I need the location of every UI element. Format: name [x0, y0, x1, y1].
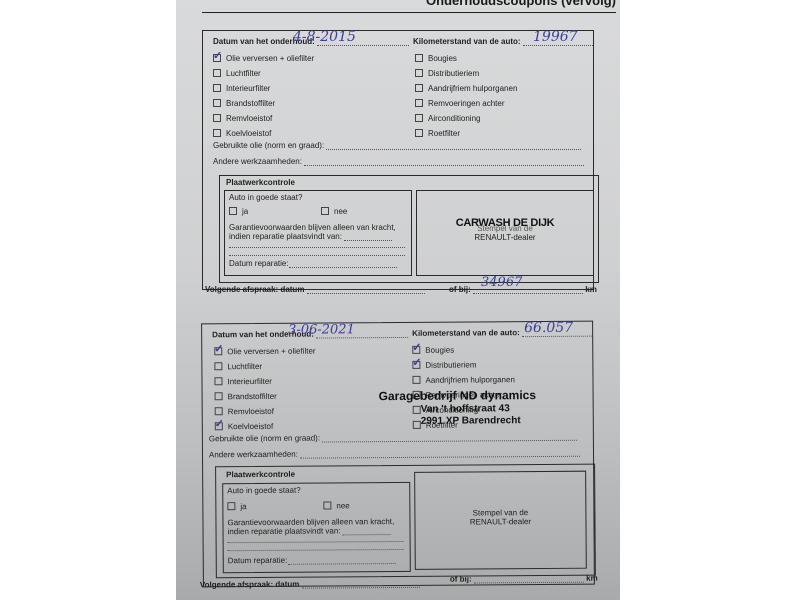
dealer-stamp-box: CARWASH DE DIJK Stempel van de RENAULT-d…	[416, 190, 594, 276]
or-at-label: of bij:	[450, 574, 472, 583]
service-item-label: Remvloeistof	[228, 407, 274, 416]
km-unit: km	[586, 574, 598, 583]
dotted-line	[229, 241, 405, 248]
yes-label: ja	[242, 207, 248, 216]
service-item-label: Aandrijfriem hulporganen	[425, 375, 514, 385]
or-at-label: of bij:	[449, 285, 471, 294]
no-label: nee	[336, 501, 349, 510]
checkbox-icon	[214, 362, 222, 370]
checkbox-icon	[413, 421, 421, 429]
check-mark-icon: ✓	[412, 356, 421, 371]
condition-yes-checkbox[interactable]: ja	[227, 502, 246, 511]
checkbox-icon	[213, 114, 221, 122]
mileage-value: 66.057	[524, 320, 573, 336]
condition-no-checkbox[interactable]: nee	[321, 207, 347, 216]
service-checklist-left: ✓Olie verversen + oliefilterLuchtfilterI…	[213, 51, 314, 141]
oil-used-field[interactable]: Gebruikte olie (norm en graad):	[209, 432, 577, 444]
service-date-value: 3-06-2021	[288, 322, 355, 337]
service-item-checkbox[interactable]: ✓Koelvloeistof	[215, 419, 316, 435]
checked-checkbox-icon: ✓	[412, 361, 420, 369]
checkbox-icon	[415, 54, 423, 62]
garage-stamp-street: Van 't hoffstraat 43	[421, 403, 510, 415]
service-item-checkbox[interactable]: Remvloeistof	[213, 111, 314, 126]
next-appointment-label: Volgende afspraak: datum	[200, 580, 299, 590]
other-work-label: Andere werkzaamheden:	[213, 157, 302, 166]
page-title: Onderhoudscoupons (vervolg)	[426, 0, 616, 8]
service-item-label: Brandstoffilter	[226, 99, 275, 108]
service-coupon-2: Datum van het onderhoud: 3-06-2021 Kilom…	[201, 321, 595, 588]
checkbox-icon	[413, 406, 421, 414]
yes-label: ja	[240, 502, 246, 511]
repair-location-label: indien reparatie plaatsvindt van:	[229, 232, 342, 241]
checked-checkbox-icon: ✓	[213, 54, 221, 62]
repair-date-field[interactable]: Datum reparatie:	[228, 555, 396, 565]
service-item-label: Luchtfilter	[226, 69, 261, 78]
service-item-checkbox[interactable]: Bougies	[415, 51, 517, 66]
bodywork-check-title: Plaatwerkcontrole	[226, 470, 295, 479]
service-item-checkbox[interactable]: Koelvloeistof	[213, 126, 314, 141]
checkbox-icon	[227, 502, 235, 510]
checkbox-icon	[415, 84, 423, 92]
oil-used-field[interactable]: Gebruikte olie (norm en graad):	[213, 141, 581, 150]
dotted-line	[228, 543, 404, 551]
checkbox-icon	[412, 376, 420, 384]
repair-date-label: Datum reparatie:	[228, 556, 288, 565]
checkbox-icon	[415, 114, 423, 122]
check-mark-icon: ✓	[213, 49, 222, 64]
condition-no-checkbox[interactable]: nee	[323, 501, 349, 510]
repair-location-field[interactable]: indien reparatie plaatsvindt van:	[229, 232, 392, 241]
next-appointment-km-field[interactable]: of bij: km	[449, 285, 597, 294]
check-mark-icon: ✓	[214, 342, 223, 357]
next-appointment-date-field[interactable]: Volgende afspraak: datum	[200, 579, 420, 590]
service-date-value: 4-8-2015	[293, 29, 356, 45]
next-km-value: 34967	[481, 275, 522, 290]
bodywork-check-form: Auto in goede staat? ja nee Garantievoor…	[224, 190, 412, 276]
checkbox-icon	[415, 129, 423, 137]
service-checklist-right: BougiesDistributieriemAandrijfriem hulpo…	[415, 51, 517, 141]
service-item-checkbox[interactable]: Roetfilter	[415, 126, 517, 141]
service-item-label: Distributieriem	[428, 69, 479, 78]
dotted-line	[228, 535, 404, 543]
service-item-checkbox[interactable]: Luchtfilter	[213, 66, 314, 81]
next-appointment-km-field[interactable]: of bij: km	[450, 574, 598, 584]
service-item-checkbox[interactable]: Remvoeringen achter	[415, 96, 517, 111]
service-item-label: Olie verversen + oliefilter	[227, 347, 315, 357]
km-unit: km	[585, 285, 597, 294]
checkbox-icon	[323, 501, 331, 509]
other-work-field[interactable]: Andere werkzaamheden:	[213, 157, 584, 166]
service-coupon-1: Datum van het onderhoud: 4-8-2015 Kilome…	[202, 30, 594, 290]
service-item-label: Interieurfilter	[226, 84, 270, 93]
service-item-label: Aandrijfriem hulporganen	[428, 84, 517, 93]
bodywork-check-form: Auto in goede staat? ja nee Garantievoor…	[222, 482, 411, 573]
checkbox-icon	[215, 392, 223, 400]
service-item-checkbox[interactable]: ✓Bougies	[412, 342, 514, 358]
repair-date-label: Datum reparatie:	[229, 259, 289, 268]
title-divider	[202, 12, 616, 13]
stamp-label-1: Stempel van de	[417, 224, 593, 233]
service-checklist-left: ✓Olie verversen + oliefilterLuchtfilterI…	[214, 344, 316, 435]
checked-checkbox-icon: ✓	[214, 347, 222, 355]
service-item-label: Interieurfilter	[227, 377, 272, 386]
warranty-text: Garantievoorwaarden blijven alleen van k…	[229, 223, 396, 232]
garage-stamp-city: 2991 XP Barendrecht	[421, 415, 521, 427]
service-item-label: Remvoeringen achter	[428, 99, 504, 108]
service-item-label: Koelvloeistof	[226, 129, 271, 138]
condition-yes-checkbox[interactable]: ja	[229, 207, 248, 216]
service-item-checkbox[interactable]: Luchtfilter	[214, 359, 315, 375]
service-item-label: Roetfilter	[428, 129, 460, 138]
service-item-label: Distributieriem	[425, 360, 476, 369]
service-item-label: Luchtfilter	[227, 362, 262, 371]
service-item-label: Koelvloeistof	[228, 422, 273, 431]
service-item-checkbox[interactable]: Interieurfilter	[214, 374, 315, 390]
mileage-label: Kilometerstand van de auto:	[412, 328, 520, 338]
mileage-label: Kilometerstand van de auto:	[413, 37, 521, 46]
checked-checkbox-icon: ✓	[215, 422, 223, 430]
checkbox-icon	[415, 69, 423, 77]
dealer-stamp-box: Stempel van de RENAULT-dealer	[414, 471, 587, 570]
checkbox-icon	[213, 99, 221, 107]
checkbox-icon	[213, 129, 221, 137]
other-work-label: Andere werkzaamheden:	[209, 450, 298, 460]
checkbox-icon	[213, 69, 221, 77]
service-item-label: Brandstoffilter	[228, 392, 277, 401]
bodywork-check-section: Plaatwerkcontrole Auto in goede staat? j…	[219, 175, 599, 283]
check-mark-icon: ✓	[412, 341, 421, 356]
service-booklet-page: Onderhoudscoupons (vervolg) Datum van he…	[176, 0, 620, 600]
other-work-field[interactable]: Andere werkzaamheden:	[209, 448, 580, 460]
bodywork-check-section: Plaatwerkcontrole Auto in goede staat? j…	[215, 464, 596, 579]
service-item-label: Airconditioning	[428, 114, 480, 123]
checkbox-icon	[229, 207, 237, 215]
service-item-checkbox[interactable]: Brandstoffilter	[215, 389, 316, 405]
dotted-line	[229, 249, 405, 256]
service-item-label: Bougies	[428, 54, 457, 63]
service-item-checkbox[interactable]: Distributieriem	[415, 66, 517, 81]
service-item-checkbox[interactable]: ✓Distributieriem	[412, 357, 514, 373]
oil-used-label: Gebruikte olie (norm en graad):	[213, 141, 324, 150]
checkbox-icon	[215, 407, 223, 415]
condition-question: Auto in goede staat?	[227, 486, 300, 496]
checkbox-icon	[415, 99, 423, 107]
next-appointment-label: Volgende afspraak: datum	[205, 285, 304, 294]
bodywork-check-title: Plaatwerkcontrole	[226, 178, 295, 187]
service-item-checkbox[interactable]: Aandrijfriem hulporganen	[415, 81, 517, 96]
service-item-checkbox[interactable]: Aandrijfriem hulporganen	[412, 372, 514, 388]
oil-used-label: Gebruikte olie (norm en graad):	[209, 434, 320, 444]
mileage-value: 19967	[533, 29, 578, 45]
service-item-checkbox[interactable]: Airconditioning	[415, 111, 517, 126]
service-item-checkbox[interactable]: Interieurfilter	[213, 81, 314, 96]
checkbox-icon	[321, 207, 329, 215]
stamp-label-2: RENAULT-dealer	[417, 233, 593, 242]
service-item-label: Remvloeistof	[226, 114, 272, 123]
service-item-checkbox[interactable]: ✓Olie verversen + oliefilter	[213, 51, 314, 66]
checked-checkbox-icon: ✓	[412, 346, 420, 354]
service-item-checkbox[interactable]: Remvloeistof	[215, 404, 316, 420]
next-appointment-date-field[interactable]: Volgende afspraak: datum	[205, 285, 425, 294]
service-item-label: Bougies	[425, 346, 454, 355]
checkbox-icon	[213, 84, 221, 92]
service-item-checkbox[interactable]: Brandstoffilter	[213, 96, 314, 111]
condition-question: Auto in goede staat?	[229, 193, 302, 202]
checkbox-icon	[214, 377, 222, 385]
repair-date-field[interactable]: Datum reparatie:	[229, 259, 397, 268]
service-item-label: Olie verversen + oliefilter	[226, 54, 314, 63]
garage-stamp-name: Garagebedrijf ND dynamics	[379, 388, 536, 403]
no-label: nee	[334, 207, 347, 216]
stamp-label-2: RENAULT-dealer	[415, 517, 585, 527]
check-mark-icon: ✓	[215, 417, 224, 432]
service-item-checkbox[interactable]: ✓Olie verversen + oliefilter	[214, 344, 315, 360]
